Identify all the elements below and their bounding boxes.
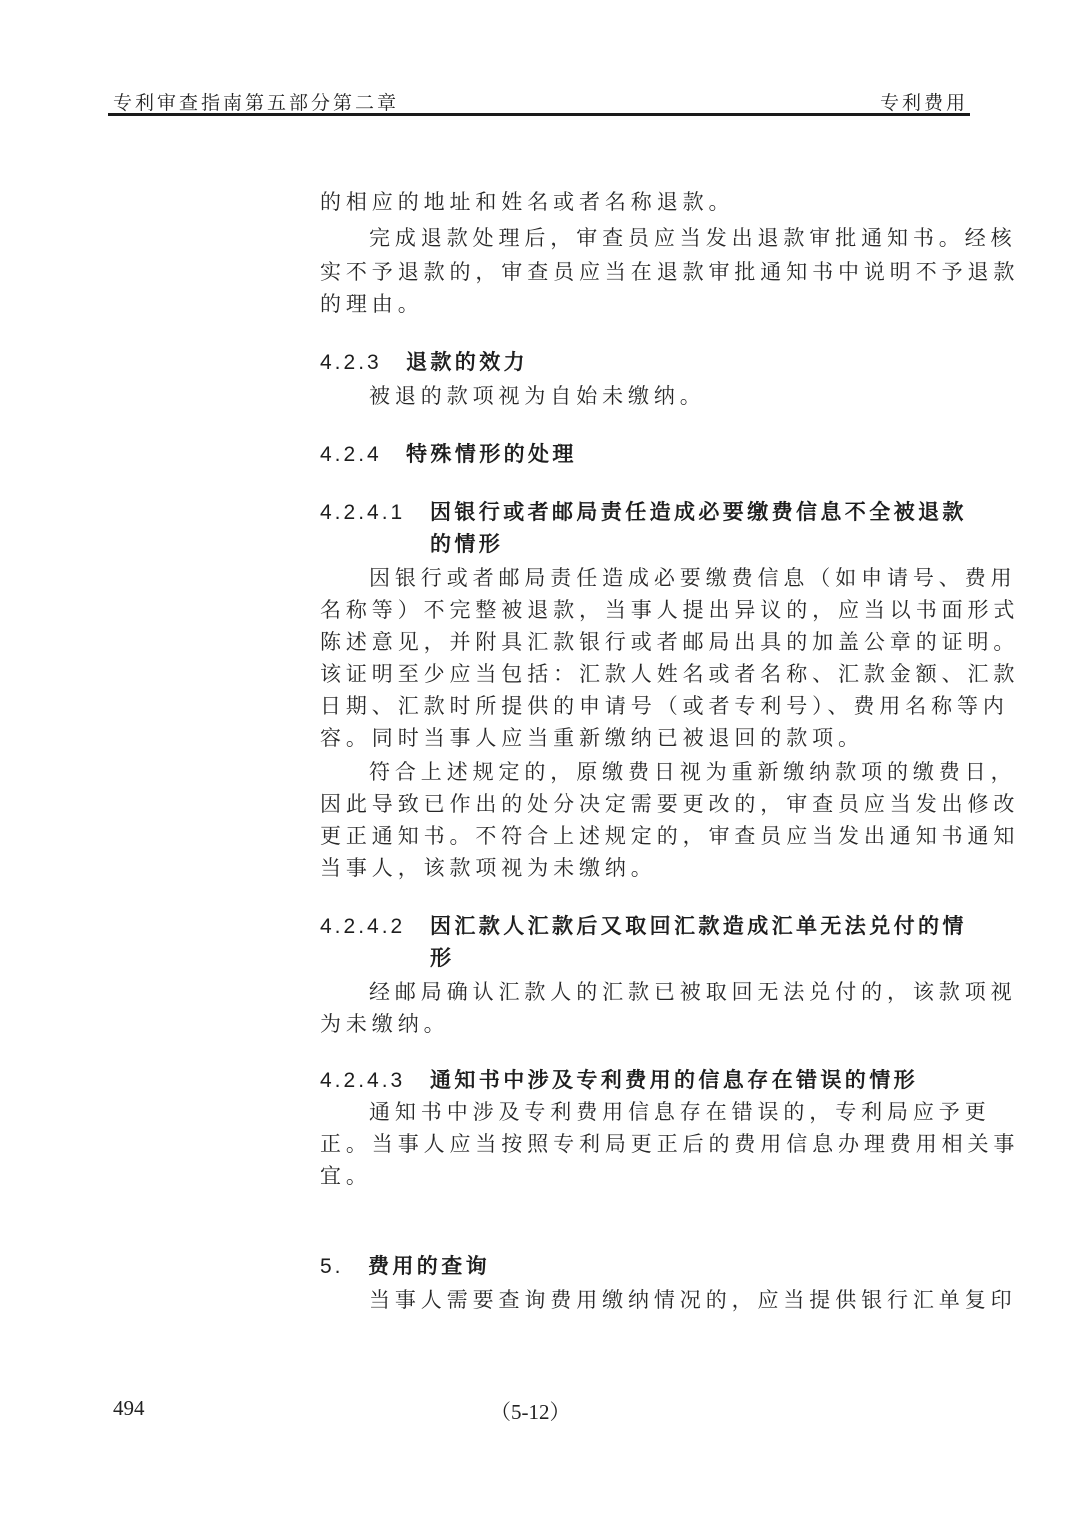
section-heading-4-2-4-3: 4.2.4.3通知书中涉及专利费用的信息存在错误的情形 [320,1064,970,1097]
paragraph-line: 陈述意见，并附具汇款银行或者邮局出具的加盖公章的证明。 [320,626,970,658]
paragraph-line: 容。同时当事人应当重新缴纳已被退回的款项。 [320,722,970,754]
section-number: 4.2.4.1 [320,497,430,529]
section-title: 因银行或者邮局责任造成必要缴费信息不全被退款 [430,500,967,524]
paragraph-line: 为未缴纳。 [320,1008,970,1040]
page-number: 494 [113,1396,145,1421]
header-divider [108,113,970,116]
section-heading-4-2-4: 4.2.4特殊情形的处理 [320,438,970,471]
section-heading-5: 5.费用的查询 [320,1250,970,1283]
paragraph-line: 名称等）不完整被退款，当事人提出异议的，应当以书面形式 [320,594,970,626]
paragraph-line: 该证明至少应当包括：汇款人姓名或者名称、汇款金额、汇款 [320,658,970,690]
paragraph-line: 经邮局确认汇款人的汇款已被取回无法兑付的，该款项视 [369,976,1019,1008]
section-heading-4-2-3: 4.2.3退款的效力 [320,346,970,379]
paragraph-line: 因此导致已作出的处分决定需要更改的，审查员应当发出修改 [320,788,970,820]
section-title-continued: 形 [430,942,1080,974]
section-title: 退款的效力 [406,350,528,374]
section-number: 5. [320,1251,368,1283]
section-number: 4.2.4 [320,439,406,471]
section-number: 4.2.4.2 [320,911,430,943]
paragraph-line: 正。当事人应当按照专利局更正后的费用信息办理费用相关事 [320,1128,970,1160]
section-title-continued: 的情形 [430,528,1080,560]
section-heading-4-2-4-1: 4.2.4.1因银行或者邮局责任造成必要缴费信息不全被退款 [320,496,970,529]
section-number: 4.2.3 [320,347,406,379]
section-page-number: （5-12） [490,1396,571,1426]
paragraph-line: 日期、汇款时所提供的申请号（或者专利号）、费用名称等内 [320,690,970,722]
paragraph-line: 实不予退款的，审查员应当在退款审批通知书中说明不予退款 [320,256,970,288]
paragraph-line: 的理由。 [320,288,970,320]
header-chapter-title: 专利审查指南第五部分第二章 [113,88,399,115]
section-title: 通知书中涉及专利费用的信息存在错误的情形 [430,1068,918,1092]
paragraph-line: 更正通知书。不符合上述规定的，审查员应当发出通知书通知 [320,820,970,852]
paragraph-line: 当事人，该款项视为未缴纳。 [320,852,970,884]
paragraph-line: 因银行或者邮局责任造成必要缴费信息（如申请号、费用 [369,562,1019,594]
section-title: 因汇款人汇款后又取回汇款造成汇单无法兑付的情 [430,914,967,938]
paragraph-line: 被退的款项视为自始未缴纳。 [369,380,1019,412]
paragraph-line: 的相应的地址和姓名或者名称退款。 [320,186,970,218]
section-number: 4.2.4.3 [320,1065,430,1097]
section-title: 特殊情形的处理 [406,442,577,466]
header-section-title: 专利费用 [880,88,968,115]
paragraph-line: 当事人需要查询费用缴纳情况的，应当提供银行汇单复印 [369,1284,1019,1316]
paragraph-line: 完成退款处理后，审查员应当发出退款审批通知书。经核 [369,222,1019,254]
paragraph-line: 通知书中涉及专利费用信息存在错误的，专利局应予更 [369,1096,1019,1128]
paragraph-line: 符合上述规定的，原缴费日视为重新缴纳款项的缴费日， [369,756,1019,788]
section-title: 费用的查询 [368,1254,490,1278]
paragraph-line: 宜。 [320,1160,970,1192]
section-heading-4-2-4-2: 4.2.4.2因汇款人汇款后又取回汇款造成汇单无法兑付的情 [320,910,970,943]
